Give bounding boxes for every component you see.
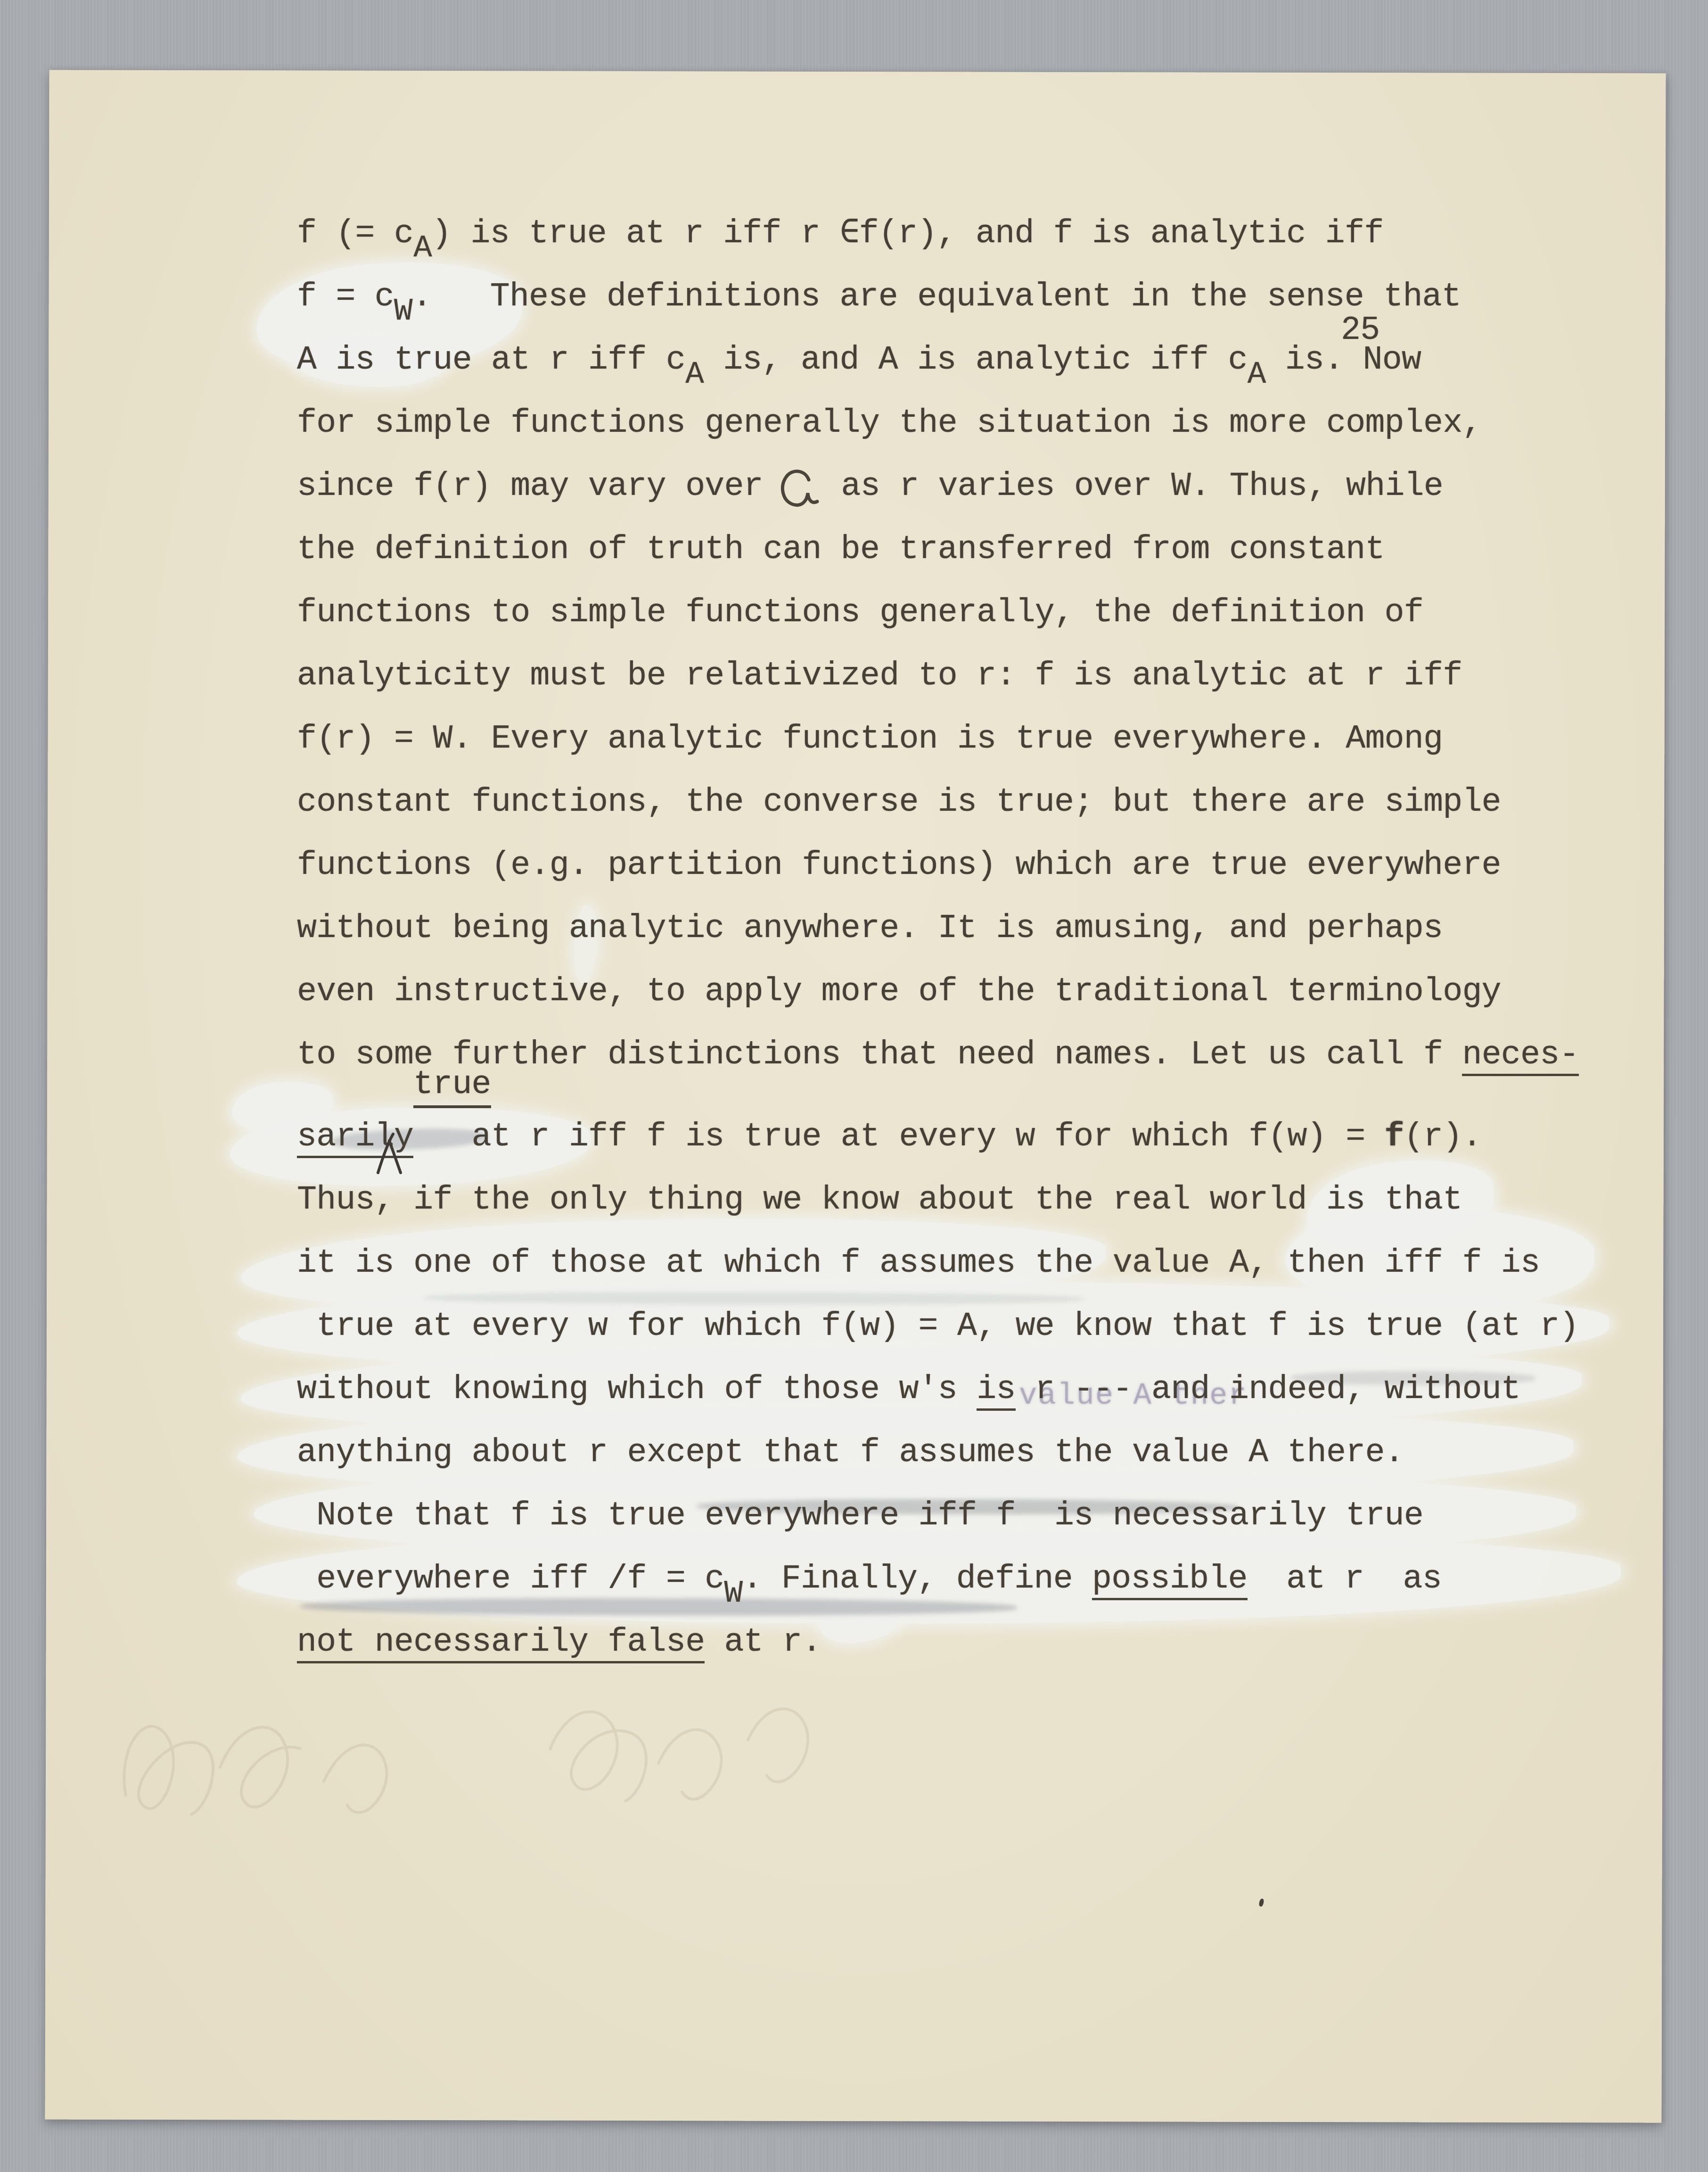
text-segment: it is one of those at which f assumes th… <box>297 1245 1540 1282</box>
text-line: even instructive, to apply more of the t… <box>297 961 1645 1024</box>
text-line: without knowing which of those w's is r … <box>297 1358 1645 1422</box>
text-segment: the definition of truth can be transferr… <box>297 531 1385 568</box>
text-segment: neces- <box>1462 1037 1578 1076</box>
text-segment: possible <box>1092 1561 1248 1600</box>
text-segment: f (= c <box>297 215 413 253</box>
text-segment: at r as <box>1248 1561 1442 1598</box>
text-line: f(r) = W. Every analytic function is tru… <box>297 708 1645 771</box>
text-segment: f(r) = W. Every analytic function is tru… <box>297 721 1443 758</box>
text-segment: is. Now <box>1266 342 1421 379</box>
text-segment: at r iff f is true at every w for which … <box>413 1119 1384 1156</box>
inserted-word-label: true <box>413 1066 491 1108</box>
text-segment: since f(r) may vary over <box>297 468 782 505</box>
scanned-page: 25 f (= cA) is true at r iff r ∈f(r), an… <box>0 0 1708 2172</box>
text-line: anything about r except that f assumes t… <box>297 1422 1645 1485</box>
text-segment: even instructive, to apply more of the t… <box>297 973 1501 1011</box>
text-segment: analyticity must be relativized to r: f … <box>297 658 1462 695</box>
text-segment: without being analytic anywhere. It is a… <box>297 910 1443 947</box>
text-line: analyticity must be relativized to r: f … <box>297 645 1645 708</box>
text-line: constant functions, the converse is true… <box>297 771 1645 834</box>
text-segment: . These definitions are equivalent in th… <box>412 279 1461 316</box>
inserted-word: true <box>413 1066 491 1103</box>
text-line: functions (e.g. partition functions) whi… <box>297 834 1645 897</box>
text-segment: not necessarily false <box>297 1624 705 1663</box>
text-segment: W <box>394 280 412 343</box>
text-segment: A <box>685 343 704 406</box>
text-segment: anything about r except that f assumes t… <box>297 1434 1404 1472</box>
typed-text-block: f (= cA) is true at r iff r ∈f(r), and f… <box>297 203 1645 1674</box>
text-line: sarily at r iff f is true at every w for… <box>297 1106 1645 1169</box>
text-line: not necessarily false at r. <box>297 1611 1645 1674</box>
text-segment: r --- and indeed, without <box>1016 1371 1520 1408</box>
text-line: A is true at r iff cA is, and A is analy… <box>297 329 1645 392</box>
text-segment: is, and A is analytic iff c <box>704 342 1248 379</box>
text-segment: (r). <box>1404 1119 1482 1156</box>
text-segment: A is true at r iff c <box>297 342 685 379</box>
text-line: everywhere iff /f = cW. Finally, define … <box>297 1548 1645 1611</box>
text-segment: without knowing which of those w's <box>297 1371 977 1408</box>
text-segment: f = c <box>297 279 394 316</box>
text-line: true at every w for which f(w) = A, we k… <box>297 1295 1645 1358</box>
text-line: f (= cA) is true at r iff r ∈f(r), and f… <box>297 203 1645 266</box>
text-segment: constant functions, the converse is true… <box>297 784 1501 821</box>
text-segment: ) is true at r iff r <box>432 215 839 253</box>
text-segment: everywhere iff /f = c <box>297 1561 724 1598</box>
text-line: f = cW. These definitions are equivalent… <box>297 266 1645 329</box>
text-segment: true at every w for which f(w) = A, we k… <box>297 1308 1579 1345</box>
insertion-caret-icon <box>372 1130 412 1177</box>
text-segment: as r varies over W. Thus, while <box>802 468 1443 505</box>
text-line: functions to simple functions generally,… <box>297 582 1645 645</box>
text-segment: at r. <box>705 1624 821 1661</box>
text-line: Thus, if the only thing we know about th… <box>297 1169 1645 1232</box>
text-segment: functions to simple functions generally,… <box>297 594 1423 632</box>
text-segment: W <box>724 1562 743 1625</box>
text-line: to some further distinctions that need n… <box>297 1024 1645 1087</box>
text-line: since f(r) may vary over as r varies ove… <box>297 455 1645 518</box>
text-line: for simple functions generally the situa… <box>297 392 1645 455</box>
text-segment: Note that f is true everywhere iff f is … <box>297 1497 1423 1535</box>
text-line: without being analytic anywhere. It is a… <box>297 897 1645 961</box>
text-segment: Thus, if the only thing we know about th… <box>297 1182 1462 1219</box>
text-line: the definition of truth can be transferr… <box>297 518 1645 582</box>
text-line: Note that f is true everywhere iff f is … <box>297 1485 1645 1548</box>
text-segment: A <box>413 217 432 280</box>
text-segment: functions (e.g. partition functions) whi… <box>297 847 1501 884</box>
text-segment: is <box>977 1371 1015 1411</box>
text-line: it is one of those at which f assumes th… <box>297 1232 1645 1295</box>
text-segment: f(r), and f is analytic iff <box>859 215 1384 253</box>
text-segment: f <box>1385 1119 1404 1156</box>
text-segment: ∈ <box>839 215 859 253</box>
text-segment: . Finally, define <box>742 1561 1092 1598</box>
text-segment: for simple functions generally the situa… <box>297 405 1482 442</box>
text-segment: A <box>1248 343 1266 406</box>
